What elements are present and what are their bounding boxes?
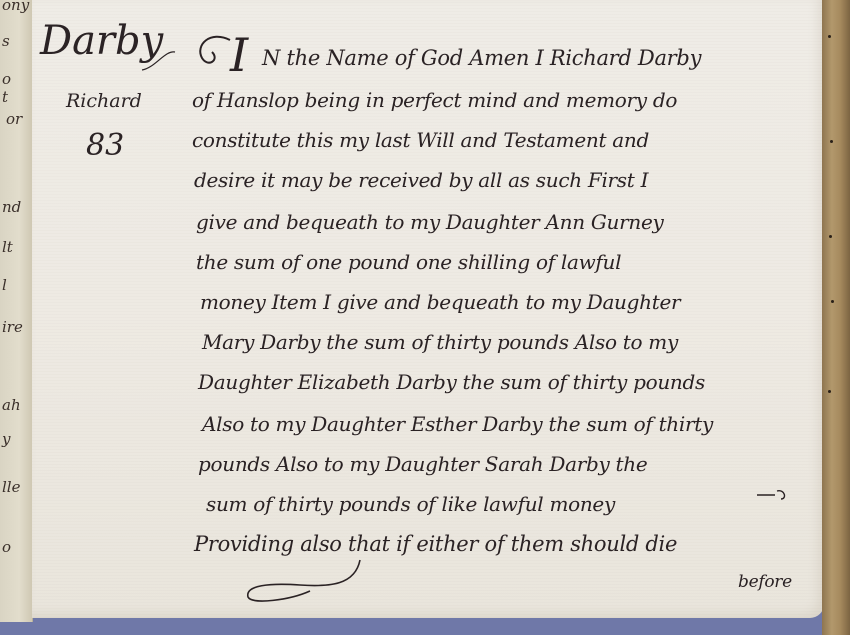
prev-page-fragment: ah bbox=[2, 396, 21, 414]
prev-page-fragment: l bbox=[2, 276, 7, 294]
text-line-3: constitute this my last Will and Testame… bbox=[192, 128, 649, 152]
prev-page-fragment: lt bbox=[2, 238, 13, 256]
text-line-7: money Item I give and bequeath to my Dau… bbox=[200, 290, 680, 314]
initial-capital: I bbox=[230, 28, 248, 82]
book-binding bbox=[822, 0, 850, 635]
prev-page-fragment: s bbox=[2, 32, 10, 50]
binding-mark bbox=[829, 235, 832, 238]
text-line-5: give and bequeath to my Daughter Ann Gur… bbox=[196, 210, 663, 234]
binding-mark bbox=[830, 140, 833, 143]
margin-number: 83 bbox=[86, 128, 124, 163]
margin-forename: Richard bbox=[66, 90, 142, 112]
prev-page-fragment: ire bbox=[2, 318, 23, 336]
providing-flourish bbox=[240, 555, 370, 605]
binding-mark bbox=[828, 35, 831, 38]
text-line-9: Daughter Elizabeth Darby the sum of thir… bbox=[198, 370, 705, 394]
text-line-12: sum of thirty pounds of like lawful mone… bbox=[206, 492, 615, 516]
prev-page-fragment: y bbox=[2, 430, 10, 448]
prev-page-fragment: o bbox=[2, 538, 11, 556]
prev-page-fragment: lle bbox=[2, 478, 20, 496]
text-line-11: pounds Also to my Daughter Sarah Darby t… bbox=[198, 452, 647, 476]
prev-page-fragment: nd bbox=[2, 198, 21, 216]
surname-flourish bbox=[140, 40, 180, 80]
previous-page-edge: ony s o t or nd lt l ire ah y lle o bbox=[0, 0, 33, 622]
prev-page-fragment: ony bbox=[2, 0, 29, 14]
text-line-10: Also to my Daughter Esther Darby the sum… bbox=[202, 412, 713, 436]
binding-mark bbox=[831, 300, 834, 303]
text-line-4: desire it may be received by all as such… bbox=[194, 168, 648, 192]
text-line-2: of Hanslop being in perfect mind and mem… bbox=[192, 88, 677, 112]
text-line-6: the sum of one pound one shilling of law… bbox=[196, 250, 621, 274]
catchword: before bbox=[738, 572, 792, 592]
prev-page-fragment: o bbox=[2, 70, 11, 88]
binding-mark bbox=[828, 390, 831, 393]
text-line-8: Mary Darby the sum of thirty pounds Also… bbox=[202, 330, 678, 354]
line-end-flourish bbox=[755, 485, 795, 505]
prev-page-fragment: t bbox=[2, 88, 8, 106]
prev-page-fragment: or bbox=[6, 110, 22, 128]
text-line-13: Providing also that if either of them sh… bbox=[194, 532, 677, 556]
text-line-1: N the Name of God Amen I Richard Darby bbox=[262, 46, 701, 70]
